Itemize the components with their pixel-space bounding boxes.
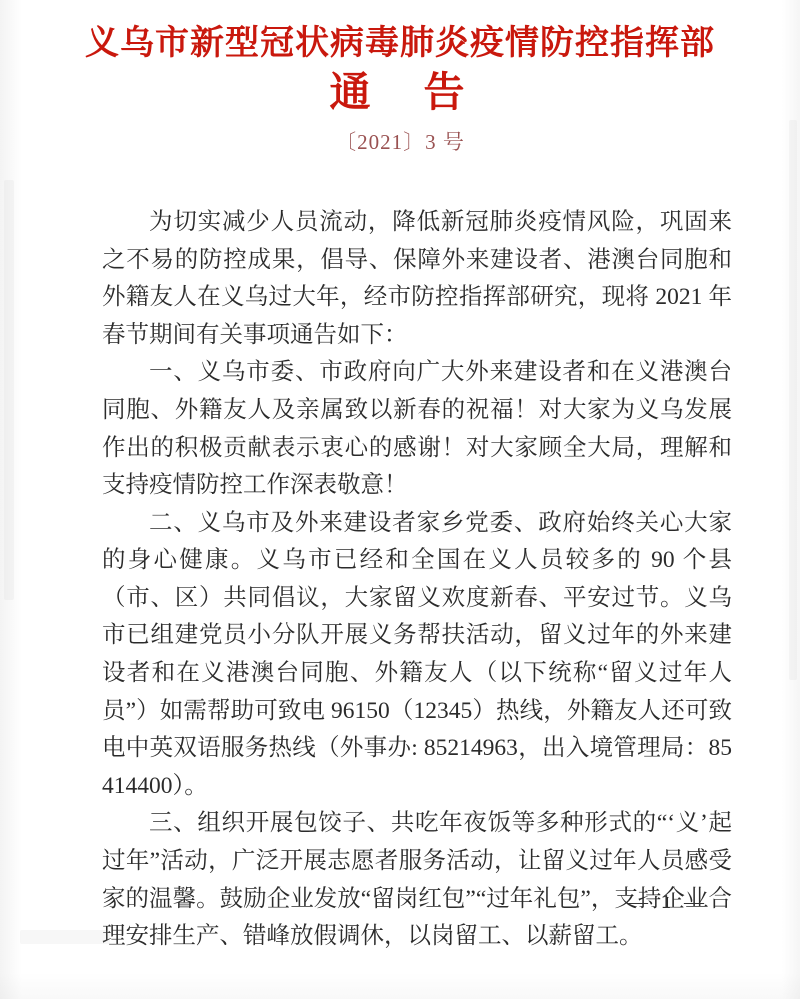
page-number: — 1 — — [628, 891, 708, 914]
paragraph-item-1: 一、义乌市委、市政府向广大外来建设者和在义港澳台同胞、外籍友人及亲属致以新春的祝… — [102, 354, 732, 504]
scan-artifact — [4, 180, 14, 600]
document-body: 为切实减少人员流动，降低新冠肺炎疫情风险，巩固来之不易的防控成果，倡导、保障外来… — [102, 204, 732, 956]
paragraph-intro: 为切实减少人员流动，降低新冠肺炎疫情风险，巩固来之不易的防控成果，倡导、保障外来… — [102, 204, 732, 354]
document-title: 义乌市新型冠状病毒肺炎疫情防控指挥部 — [0, 0, 800, 65]
document-subtitle: 通 告 — [0, 69, 800, 116]
paragraph-item-3: 三、组织开展包饺子、共吃年夜饭等多种形式的“‘义’起过年”活动，广泛开展志愿者服… — [102, 805, 732, 955]
paragraph-item-2: 二、义乌市及外来建设者家乡党委、政府始终关心大家的身心健康。义乌市已经和全国在义… — [102, 505, 732, 806]
notice-document-page: 义乌市新型冠状病毒肺炎疫情防控指挥部 通 告 〔2021〕3 号 为切实减少人员… — [0, 0, 800, 999]
scan-artifact — [20, 930, 110, 944]
scan-artifact — [789, 120, 797, 680]
document-number: 〔2021〕3 号 — [0, 126, 800, 156]
